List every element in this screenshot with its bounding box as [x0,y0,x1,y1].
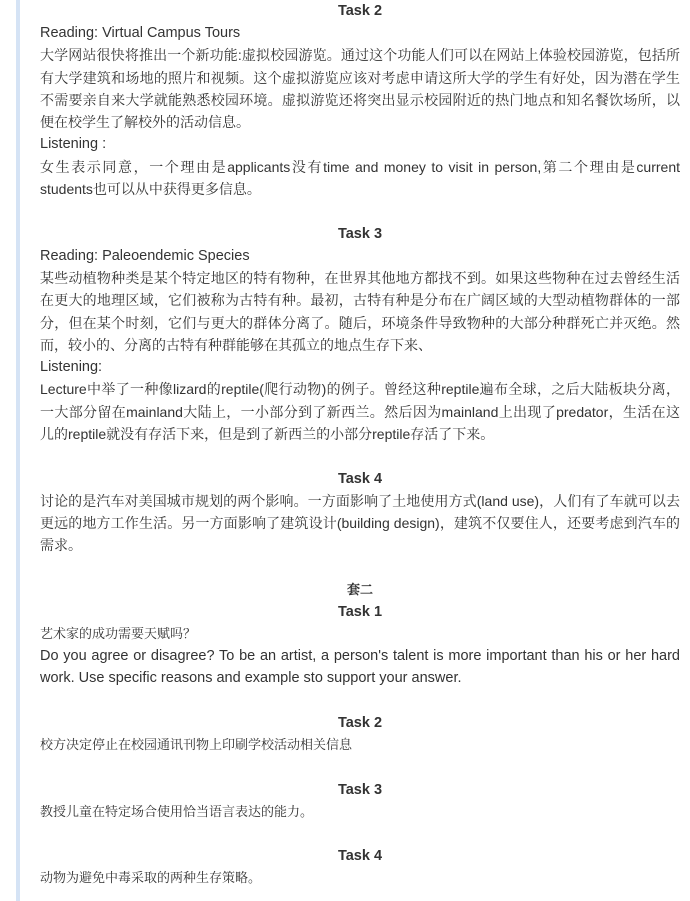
task-summary: 动物为避免中毒采取的两种生存策略。 [40,867,680,889]
listening-label: Listening : [40,133,680,155]
spacer [40,557,680,579]
reading-summary: 某些动植物种类是某个特定地区的特有物种，在世界其他地方都找不到。如果这些物种在过… [40,267,680,356]
task-heading: Task 3 [40,779,680,801]
task-summary: 教授儿童在特定场合使用恰当语言表达的能力。 [40,801,680,823]
task-heading: Task 4 [40,845,680,867]
article-content: Task 2 Reading: Virtual Campus Tours 大学网… [40,0,680,890]
question-cn: 艺术家的成功需要天赋吗？ [40,623,680,645]
task-heading: Task 2 [40,712,680,734]
set-heading: 套二 [40,579,680,601]
reading-summary: 大学网站很快将推出一个新功能:虚拟校园游览。通过这个功能人们可以在网站上体验校园… [40,44,680,133]
listening-summary: 女生表示同意，一个理由是applicants没有time and money t… [40,156,680,201]
spacer [40,823,680,845]
spacer [40,445,680,467]
blockquote-border [16,0,20,901]
task-summary: 讨论的是汽车对美国城市规划的两个影响。一方面影响了土地使用方式(land use… [40,490,680,557]
task-summary: 校方决定停止在校园通讯刊物上印刷学校活动相关信息 [40,734,680,756]
spacer [40,690,680,712]
listening-summary: Lecture中举了一种像lizard的reptile(爬行动物)的例子。曾经这… [40,378,680,445]
task-heading: Task 2 [40,0,680,22]
task-heading: Task 3 [40,223,680,245]
task-heading: Task 1 [40,601,680,623]
listening-label: Listening: [40,356,680,378]
task-heading: Task 4 [40,468,680,490]
reading-label: Reading: Paleoendemic Species [40,245,680,267]
spacer [40,756,680,778]
reading-label: Reading: Virtual Campus Tours [40,22,680,44]
spacer [40,200,680,222]
question-en: Do you agree or disagree? To be an artis… [40,645,680,690]
